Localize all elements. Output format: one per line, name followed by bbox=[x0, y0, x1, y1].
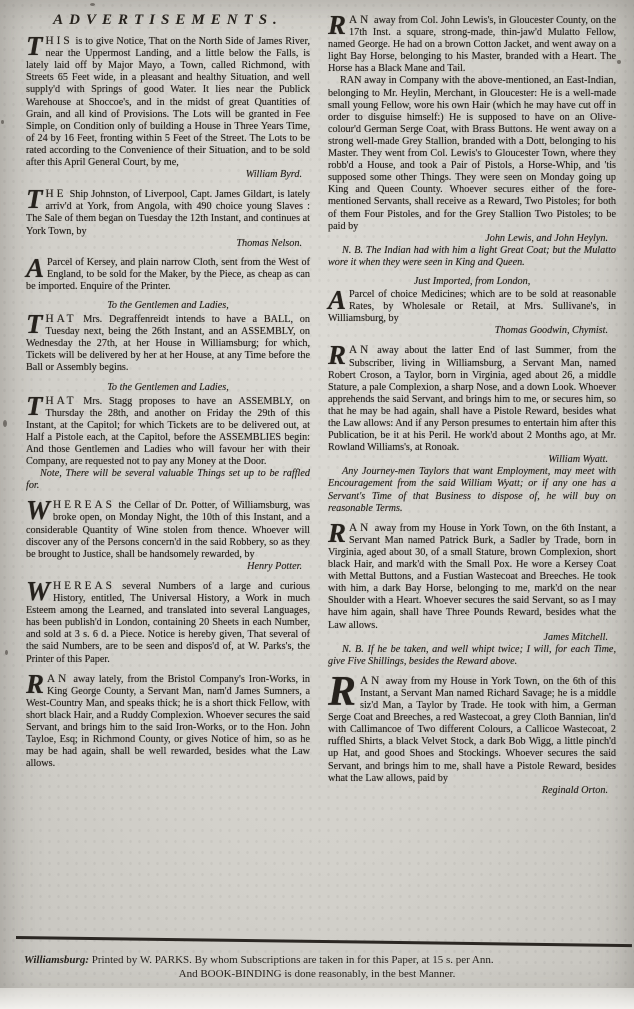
ad-para: RAN away lately, from the Bristol Compan… bbox=[26, 673, 310, 771]
advertisement: RAN away from Col. John Lewis's, in Glou… bbox=[328, 14, 616, 269]
lead-caps: HIS bbox=[46, 35, 73, 47]
ad-sig: Henry Potter. bbox=[26, 561, 310, 573]
ad-para: A Parcel of Kersey, and plain narrow Clo… bbox=[26, 257, 310, 293]
imprint-line-1: Williamsburg: Printed by W. PARKS. By wh… bbox=[24, 953, 610, 967]
advertisement: A Parcel of Kersey, and plain narrow Clo… bbox=[26, 257, 310, 293]
ad-para: RAN away from Col. John Lewis's, in Glou… bbox=[328, 14, 616, 75]
footer-rule bbox=[16, 936, 632, 947]
advertisement: THE Ship Johnston, of Liverpool, Capt. J… bbox=[26, 188, 310, 249]
advertisement: To the Gentlemen and Ladies,THAT Mrs. St… bbox=[26, 382, 310, 493]
page-title: ADVERTISEMENTS. bbox=[26, 14, 310, 26]
imprint-text-1: Printed by W. PARKS. By whom Subscriptio… bbox=[92, 954, 494, 966]
ad-para: THAT Mrs. Degraffenreidt intends to have… bbox=[26, 313, 310, 374]
drop-cap: W bbox=[26, 499, 53, 521]
ad-para: WHEREAS the Cellar of Dr. Potter, of Wil… bbox=[26, 499, 310, 560]
newspaper-page: ADVERTISEMENTS. THIS is to give Notice, … bbox=[0, 0, 634, 1009]
ad-para: RAN away in Company with the above-menti… bbox=[328, 75, 616, 232]
lead-caps: HAT bbox=[46, 395, 77, 407]
ad-para: THAT Mrs. Stagg proposes to have an ASSE… bbox=[26, 395, 310, 469]
drop-cap: A bbox=[26, 257, 47, 279]
scan-artifact bbox=[5, 650, 8, 655]
column-right: RAN away from Col. John Lewis's, in Glou… bbox=[328, 12, 616, 804]
ad-para: A Parcel of choice Medicines; which are … bbox=[328, 289, 616, 325]
advertisement: To the Gentlemen and Ladies,THAT Mrs. De… bbox=[26, 300, 310, 375]
printer-imprint: Williamsburg: Printed by W. PARKS. By wh… bbox=[24, 953, 610, 981]
ad-para: RAN away from my House in York Town, on … bbox=[328, 675, 616, 785]
ad-sig: Thomas Goodwin, Chymist. bbox=[328, 325, 616, 337]
page-content: ADVERTISEMENTS. THIS is to give Notice, … bbox=[26, 12, 616, 804]
lead-caps: HE bbox=[46, 188, 67, 200]
ad-sig: William Wyatt. bbox=[328, 454, 616, 466]
advertisement: RAN away lately, from the Bristol Compan… bbox=[26, 673, 310, 771]
drop-cap: R bbox=[328, 675, 360, 709]
drop-cap: R bbox=[328, 14, 349, 36]
lead-caps: AN bbox=[349, 14, 371, 26]
advertisement: RAN away from my House in York Town, on … bbox=[328, 522, 616, 668]
lead-caps: AN bbox=[360, 675, 382, 687]
ad-note: Note, There will be several valuable Thi… bbox=[26, 468, 310, 492]
ad-para: WHEREAS several Numbers of a large and c… bbox=[26, 580, 310, 666]
drop-cap: T bbox=[26, 395, 46, 417]
ad-sig: Reginald Orton. bbox=[328, 785, 616, 797]
drop-cap: A bbox=[328, 289, 349, 311]
ad-sig: Thomas Nelson. bbox=[26, 238, 310, 250]
advertisement: RAN away about the latter End of last Su… bbox=[328, 344, 616, 514]
advertisement: THIS is to give Notice, That on the Nort… bbox=[26, 35, 310, 181]
drop-cap: R bbox=[328, 522, 349, 544]
ad-heading: To the Gentlemen and Ladies, bbox=[26, 300, 310, 312]
drop-cap: T bbox=[26, 188, 46, 210]
ad-sig: William Byrd. bbox=[26, 169, 310, 181]
scan-artifact bbox=[1, 120, 4, 124]
lead-caps: AN bbox=[47, 673, 69, 685]
ad-note: Any Journey-men Taylors that want Employ… bbox=[328, 466, 616, 514]
ad-heading: To the Gentlemen and Ladies, bbox=[26, 382, 310, 394]
ad-note: N. B. If he be taken, and well whipt twi… bbox=[328, 644, 616, 668]
imprint-place: Williamsburg: bbox=[24, 954, 89, 966]
ad-note: N. B. The Indian had with him a light Gr… bbox=[328, 245, 616, 269]
drop-cap: T bbox=[26, 35, 46, 57]
lead-caps: HEREAS bbox=[53, 499, 115, 511]
advertisement: WHEREAS the Cellar of Dr. Potter, of Wil… bbox=[26, 499, 310, 573]
column-left: ADVERTISEMENTS. THIS is to give Notice, … bbox=[26, 12, 310, 804]
ad-para: THIS is to give Notice, That on the Nort… bbox=[26, 35, 310, 169]
lead-caps: AN bbox=[349, 522, 371, 534]
advertisement: RAN away from my House in York Town, on … bbox=[328, 675, 616, 797]
scan-bottom-fade bbox=[0, 988, 634, 1009]
ad-para: THE Ship Johnston, of Liverpool, Capt. J… bbox=[26, 188, 310, 237]
ad-sig: James Mitchell. bbox=[328, 632, 616, 644]
scan-artifact bbox=[617, 60, 621, 64]
drop-cap: R bbox=[328, 344, 349, 366]
drop-cap: T bbox=[26, 313, 46, 335]
scan-artifact bbox=[3, 420, 7, 427]
lead-caps: HAT bbox=[46, 313, 77, 325]
imprint-line-2: And BOOK-BINDING is done reasonably, in … bbox=[24, 967, 610, 981]
column-left-ads: THIS is to give Notice, That on the Nort… bbox=[26, 35, 310, 770]
advertisement: WHEREAS several Numbers of a large and c… bbox=[26, 580, 310, 666]
ad-sig: John Lewis, and John Heylyn. bbox=[328, 233, 616, 245]
ad-para: RAN away about the latter End of last Su… bbox=[328, 344, 616, 454]
lead-caps: HEREAS bbox=[53, 580, 115, 592]
ad-heading: Just Imported, from London, bbox=[328, 276, 616, 288]
ad-para: RAN away from my House in York Town, on … bbox=[328, 522, 616, 632]
lead-caps: AN bbox=[349, 344, 371, 356]
drop-cap: R bbox=[26, 673, 47, 695]
scan-artifact bbox=[90, 3, 95, 6]
drop-cap: W bbox=[26, 580, 53, 602]
advertisement: Just Imported, from London,A Parcel of c… bbox=[328, 276, 616, 337]
